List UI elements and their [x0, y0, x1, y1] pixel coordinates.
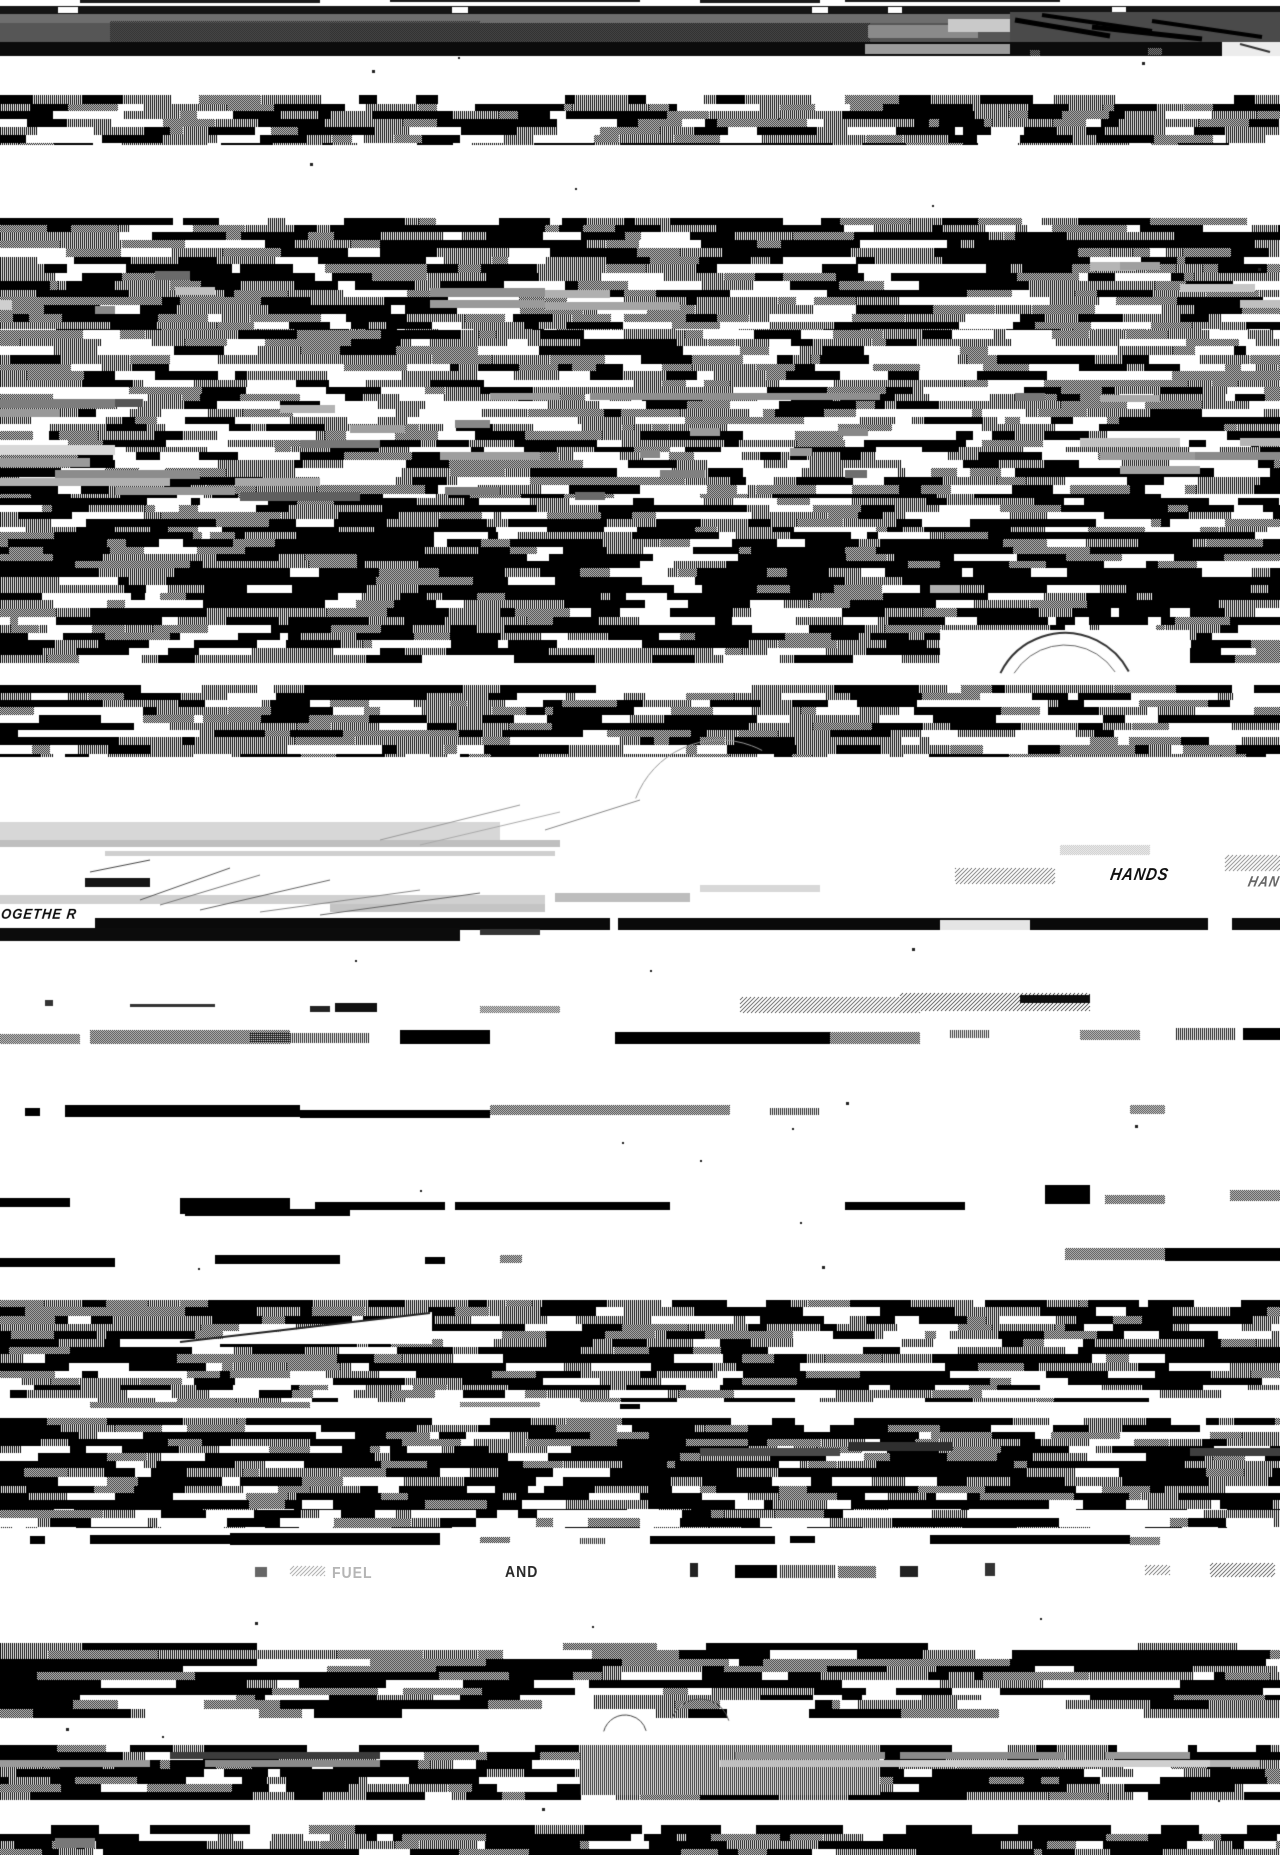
glitch-text-fragment: FUEL: [332, 1564, 373, 1580]
glitch-text-fragment: HAN: [1247, 874, 1280, 889]
corrupted-image-page: HANDS HAN OGETHE R FUEL AND: [0, 0, 1280, 1855]
glitch-text-fragment: OGETHE R: [0, 906, 77, 921]
glitch-text-fragment: HANDS: [1109, 866, 1170, 883]
glitch-text-fragment: AND: [505, 1563, 538, 1579]
glitch-noise-canvas: [0, 0, 1280, 1855]
